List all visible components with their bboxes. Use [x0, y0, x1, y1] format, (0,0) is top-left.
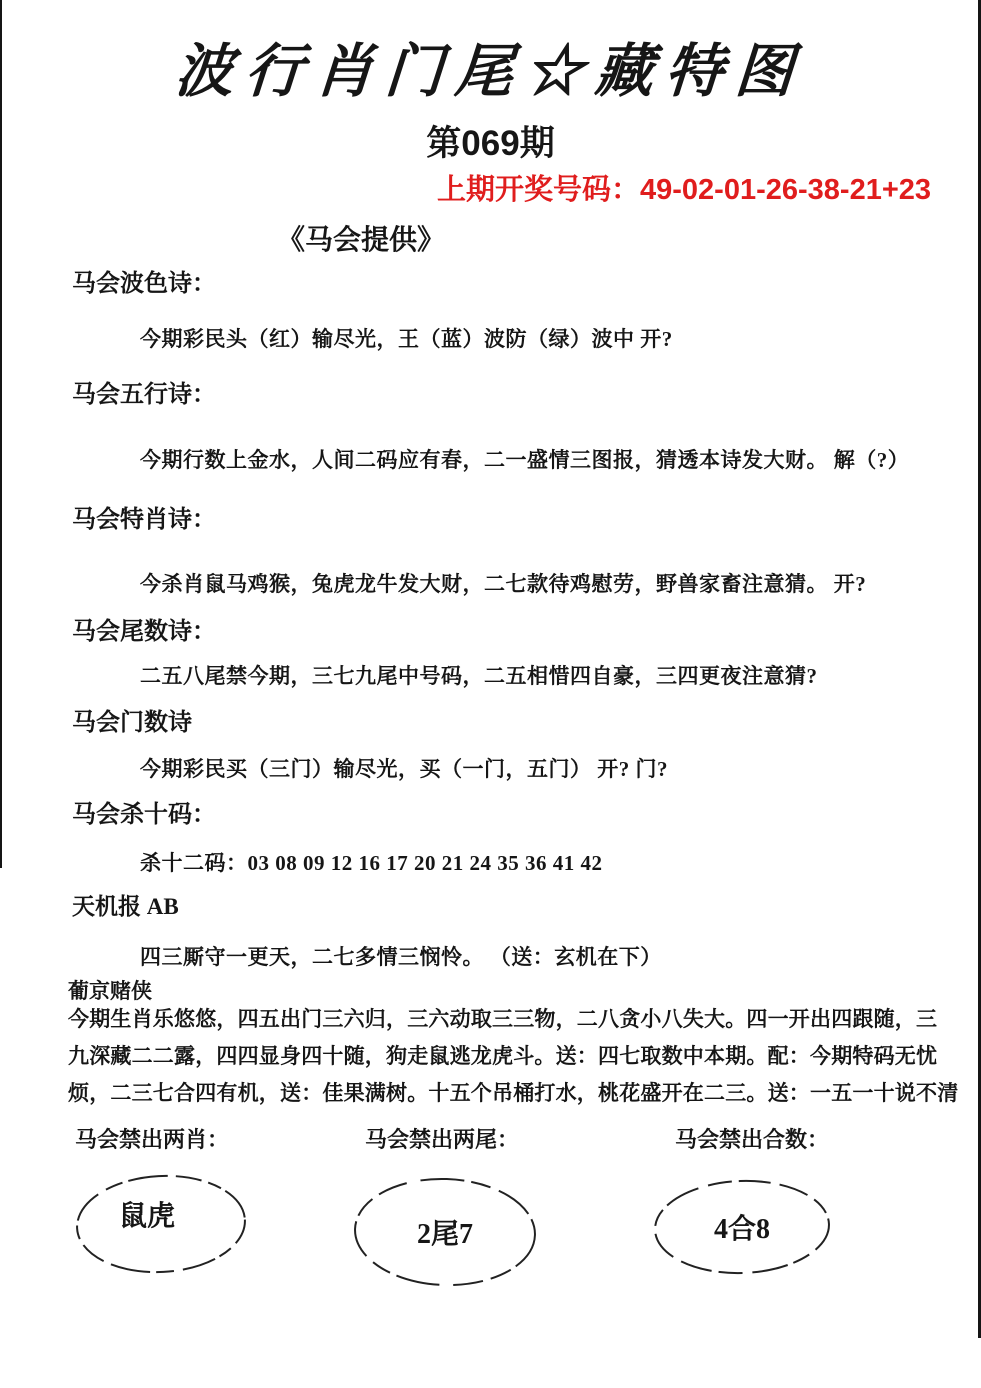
last-draw-result: 上期开奖号码：49-02-01-26-38-21+23: [437, 167, 931, 208]
forbidden-sum-value: 4合8: [652, 1178, 832, 1276]
forbidden-tail-oval: 2尾7: [352, 1176, 538, 1288]
section-poem-texiao: 今杀肖鼠马鸡猴，兔虎龙牛发大财，二七款待鸡慰劳，野兽家畜注意猜。 开?: [140, 568, 866, 598]
section-poem-shama: 杀十二码：03 08 09 12 16 17 20 21 24 35 36 41…: [140, 847, 603, 877]
forbidden-zodiac-label: 马会禁出两肖：: [75, 1123, 229, 1154]
last-draw-numbers: 49-02-01-26-38-21+23: [640, 174, 931, 206]
section-label-texiao: 马会特肖诗：: [72, 499, 216, 534]
forbidden-zodiac-oval: 鼠虎: [74, 1173, 248, 1275]
section-poem-weishu: 二五八尾禁今期，三七九尾中号码，二五相惜四自豪，三四更夜注意猜?: [140, 660, 818, 690]
section-label-wuxing: 马会五行诗：: [72, 374, 216, 409]
pujing-line-2: 九深藏二二露，四四显身四十随，狗走鼠逃龙虎斗。送：四七取数中本期。配：今期特码无…: [68, 1040, 937, 1070]
tip-sheet-page: 波行肖门尾☆藏特图 第069期 上期开奖号码：49-02-01-26-38-21…: [0, 0, 981, 1388]
forbidden-tail-value: 2尾7: [352, 1176, 538, 1288]
forbidden-sum-label: 马会禁出合数：: [675, 1123, 829, 1154]
section-label-pujing: 葡京赌侠: [68, 975, 152, 1005]
last-draw-label: 上期开奖号码：: [437, 174, 640, 206]
section-label-tianji: 天机报 AB: [72, 888, 179, 921]
section-label-menshu: 马会门数诗: [72, 702, 192, 737]
page-title: 波行肖门尾☆藏特图: [0, 24, 981, 108]
pujing-line-3: 烦，二三七合四有机，送：佳果满树。十五个吊桶打水，桃花盛开在二三。送：一五一十说…: [68, 1077, 958, 1107]
pujing-line-1: 今期生肖乐悠悠，四五出门三六归，三六动取三三物，二八贪小八失大。四一开出四跟随，…: [68, 1003, 937, 1033]
provider-note: 《马会提供》: [277, 218, 445, 258]
section-label-shama: 马会杀十码：: [72, 794, 216, 829]
forbidden-sum-oval: 4合8: [652, 1178, 832, 1276]
issue-number: 第069期: [0, 116, 981, 166]
section-poem-wuxing: 今期行数上金水，人间二码应有春，二一盛情三图报，猜透本诗发大财。 解（?）: [140, 444, 909, 474]
section-label-weishu: 马会尾数诗：: [72, 611, 216, 646]
section-poem-menshu: 今期彩民买（三门）输尽光，买（一门，五门） 开? 门?: [140, 753, 668, 783]
section-poem-tianji: 四三厮守一更天，二七多情三悯怜。 （送：玄机在下）: [140, 941, 662, 971]
section-label-bose: 马会波色诗：: [72, 263, 216, 298]
section-poem-bose: 今期彩民头（红）输尽光，王（蓝）波防（绿）波中 开?: [140, 323, 673, 353]
forbidden-tail-label: 马会禁出两尾：: [365, 1123, 519, 1154]
forbidden-zodiac-value: 鼠虎: [60, 1163, 234, 1265]
